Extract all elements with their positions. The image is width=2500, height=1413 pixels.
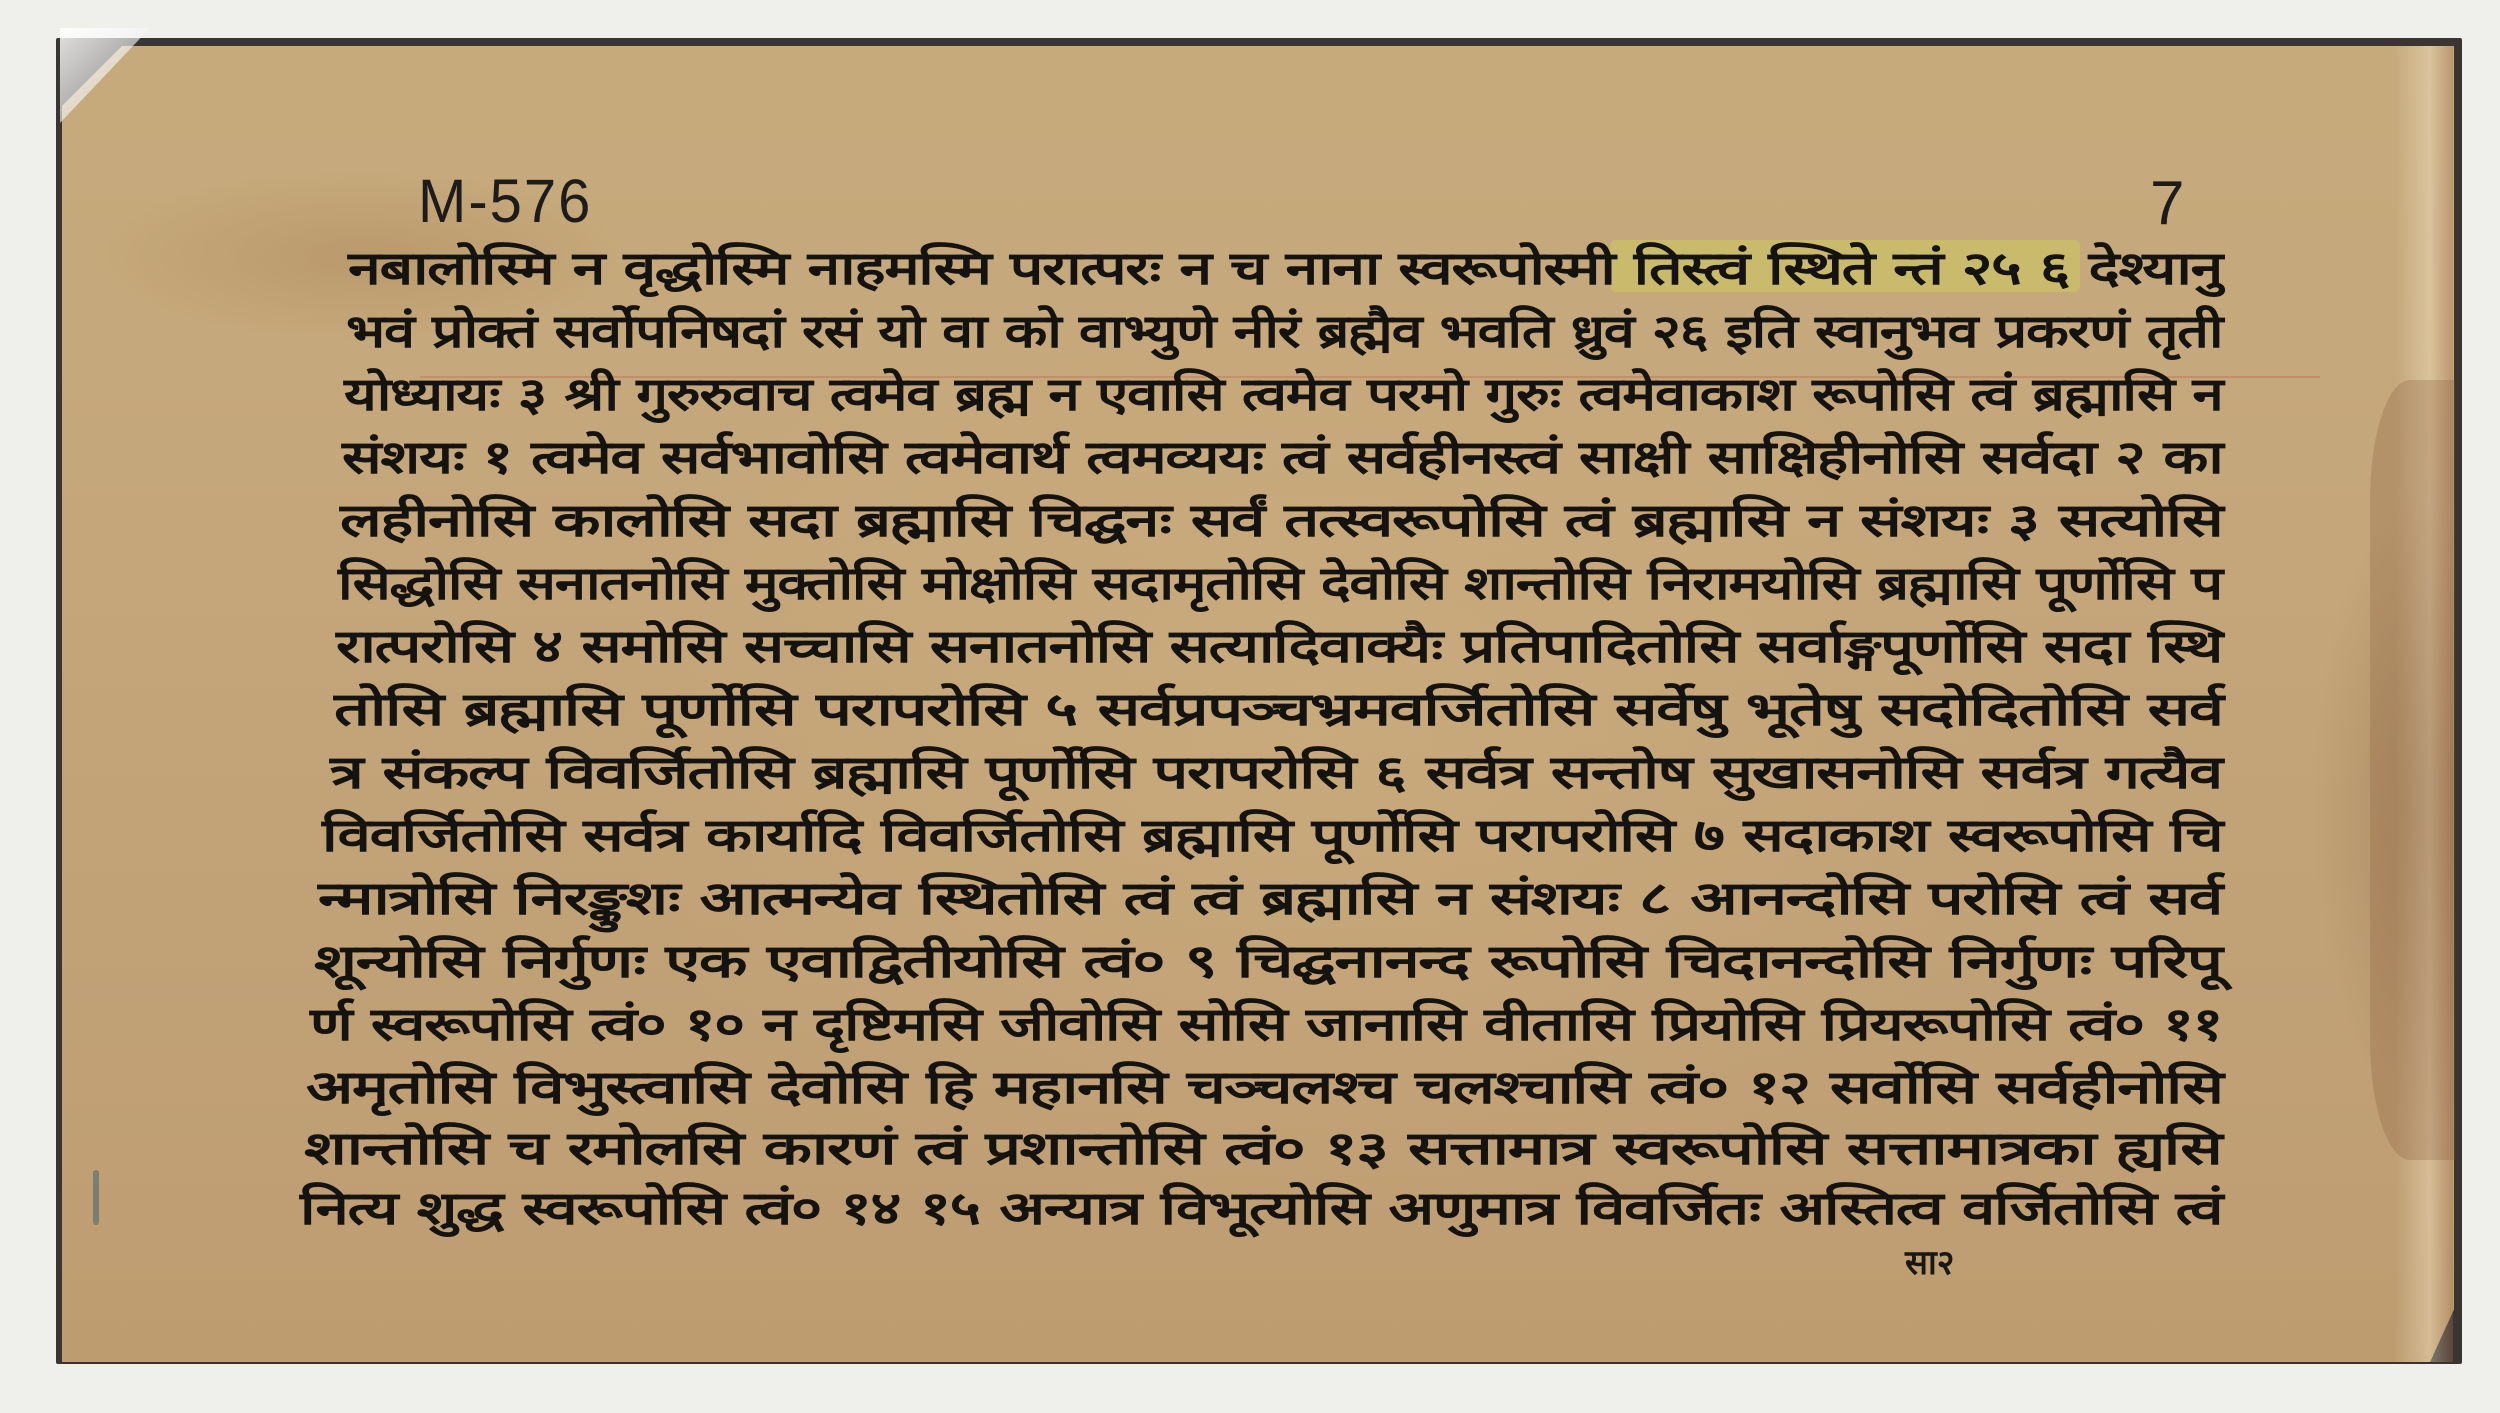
text-line-15: शान्तोसि च रमोलसि कारणं त्वं प्रशान्तोसि… [304, 1118, 2221, 1178]
text-line-5: लहीनोसि कालोसि सदा ब्रह्मासि चिद्घनः सर्… [340, 490, 2222, 550]
text-line-7: रात्परोसि ४ समोसि सच्चासि सनातनोसि सत्या… [336, 616, 2222, 676]
text-line-6: सिद्धोसि सनातनोसि मुक्तोसि मोक्षोसि सदाम… [338, 553, 2222, 613]
colophon-mark: सा२ [1905, 1238, 1954, 1284]
text-line-16: नित्य शुद्ध स्वरूपोसि त्वं० १४ १५ अन्यात… [300, 1178, 2222, 1238]
manuscript-text: नबालोस्मि न वृद्धोस्मि नाहमस्मि परात्परः… [0, 0, 2500, 1413]
text-line-11: न्मात्रोसि निरङ्कुशः आत्मन्येव स्थितोसि … [318, 868, 2222, 928]
text-line-14: अमृतोसि विभुस्त्वासि देवोसि हि महानसि चञ… [306, 1057, 2223, 1117]
text-line-12: शून्योसि निर्गुणः एक एवाद्वितीयोसि त्वं०… [314, 931, 2222, 991]
text-line-1: नबालोस्मि न वृद्धोस्मि नाहमस्मि परात्परः… [348, 238, 2222, 298]
text-line-2: भवं प्रोक्तं सर्वोपनिषदां रसं यो वा को व… [346, 301, 2222, 361]
text-line-8: तोसि ब्रह्मासि पूर्णोसि परापरोसि ५ सर्वप… [334, 679, 2223, 739]
text-line-4: संशयः १ त्वमेव सर्वभावोसि त्वमेवार्थ त्व… [342, 427, 2222, 487]
text-line-13: र्ण स्वरूपोसि त्वं० १० न दृष्टिमसि जीवोस… [310, 994, 2222, 1054]
text-line-9: त्र संकल्प विवर्जितोसि ब्रह्मासि पूर्णोस… [330, 742, 2222, 802]
text-line-10: विवर्जितोसि सर्वत्र कार्यादि विवर्जितोसि… [322, 805, 2222, 865]
text-line-3: योध्यायः ३ श्री गुरुरुवाच त्वमेव ब्रह्म … [344, 364, 2223, 424]
